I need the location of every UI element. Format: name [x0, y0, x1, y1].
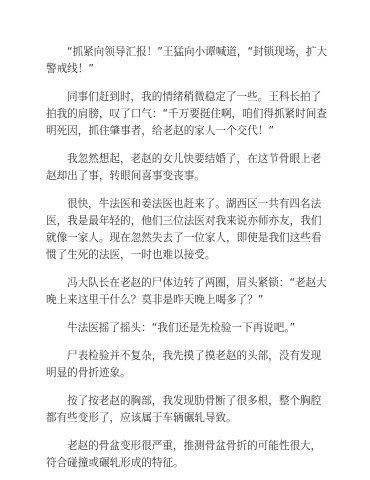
paragraph-3: 我忽然想起，老赵的女儿快要结婚了，在这节骨眼上老赵却出了事，转眼间喜事变丧事。	[46, 151, 328, 185]
paragraph-6: 牛法医摇了摇头：“我们还是先检验一下再说吧。”	[46, 320, 328, 337]
paragraph-5: 冯大队长在老赵的尸体边转了两圈，眉头紧锁：“老赵大晚上来这里干什么？莫非是昨天晚…	[46, 275, 328, 309]
document-page: “抓紧向领导汇报！”王猛向小谭喊道，“封锁现场，扩大警戒线！” 同事们赶到时，我…	[46, 44, 328, 480]
paragraph-1: “抓紧向领导汇报！”王猛向小谭喊道，“封锁现场，扩大警戒线！”	[46, 44, 328, 78]
paragraph-4: 很快，牛法医和姜法医也赶来了。湖西区一共有四名法医，我是最年轻的，他们三位法医对…	[46, 196, 328, 264]
paragraph-2: 同事们赶到时，我的情绪稍微稳定了一些。王科长拍了拍我的肩膀，叹了口气：“千万要挺…	[46, 89, 328, 140]
paragraph-7: 尸表检验并不复杂，我先摸了摸老赵的头部，没有发现明显的骨折迹象。	[46, 348, 328, 382]
paragraph-9: 老赵的骨盆变形很严重，推测骨盆骨折的可能性很大，符合碰撞或碾轧形成的特征。	[46, 438, 328, 472]
paragraph-8: 按了按老赵的胸部，我发现肋骨断了很多根，整个胸腔都有些变形了，应该属于车辆碾轧导…	[46, 393, 328, 427]
